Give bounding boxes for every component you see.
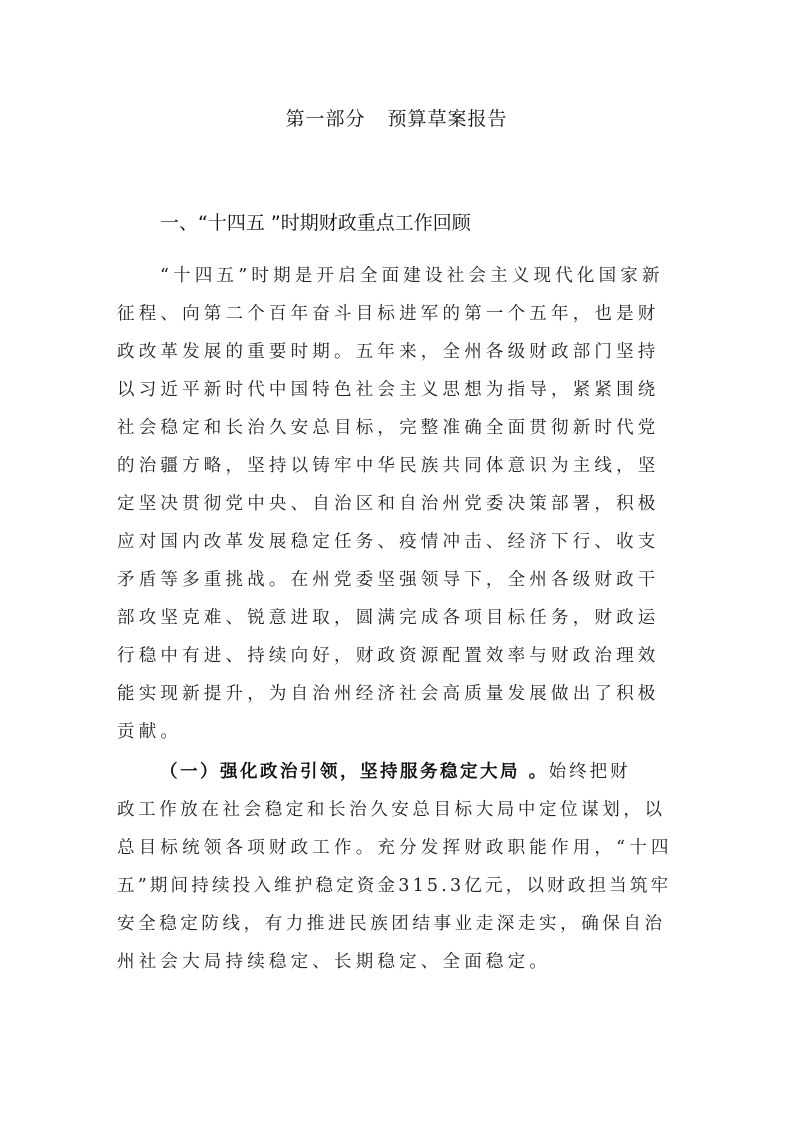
paragraph-line: 能实现新提升，为自治州经济社会高质量发展做出了积极 — [117, 680, 677, 705]
paragraph-line: 部攻坚克难、锐意进取，圆满完成各项目标任务，财政运 — [117, 604, 677, 629]
paragraph-line: 安全稳定防线，有力推进民族团结事业走深走实，确保自治 — [117, 910, 677, 935]
paragraph-line: 贡献。 — [117, 718, 677, 743]
subsection-heading: （一）强化政治引领，坚持服务稳定大局 。 — [160, 762, 549, 782]
paragraph-line: 州社会大局持续稳定、长期稳定、全面稳定。 — [117, 948, 677, 973]
section-heading: 一、“十四五 ”时期财政重点工作回顾 — [160, 208, 471, 235]
paragraph-line: 定坚决贯彻党中央、自治区和自治州党委决策部署，积极 — [117, 490, 677, 515]
part-number: 第一部分 — [285, 108, 365, 130]
paragraph-line: “十四五”时期是开启全面建设社会主义现代化国家新 — [160, 262, 677, 287]
paragraph-line: 社会稳定和长治久安总目标，完整准确全面贯彻新时代党 — [117, 414, 677, 439]
paragraph-line: 五”期间持续投入维护稳定资金315.3亿元，以财政担当筑牢 — [117, 872, 677, 897]
document-page: 第一部分预算草案报告 一、“十四五 ”时期财政重点工作回顾 “十四五”时期是开启… — [0, 0, 793, 1122]
paragraph-line: 行稳中有进、持续向好，财政资源配置效率与财政治理效 — [117, 642, 677, 667]
paragraph-line: 矛盾等多重挑战。在州党委坚强领导下，全州各级财政干 — [117, 566, 677, 591]
paragraph-line: 政工作放在社会稳定和长治久安总目标大局中定位谋划，以 — [117, 796, 677, 821]
subsection-first-line: （一）强化政治引领，坚持服务稳定大局 。始终把财 — [160, 758, 677, 783]
paragraph-line: 应对国内改革发展稳定任务、疫情冲击、经济下行、收支 — [117, 528, 677, 553]
part-title: 第一部分预算草案报告 — [0, 104, 793, 131]
part-name: 预算草案报告 — [388, 108, 508, 130]
paragraph-text: 始终把财 — [549, 762, 631, 782]
paragraph-line: 总目标统领各项财政工作。充分发挥财政职能作用，“十四 — [117, 834, 677, 859]
paragraph-line: 以习近平新时代中国特色社会主义思想为指导，紧紧围绕 — [117, 376, 677, 401]
paragraph-line: 的治疆方略，坚持以铸牢中华民族共同体意识为主线，坚 — [117, 452, 677, 477]
paragraph-line: 政改革发展的重要时期。五年来，全州各级财政部门坚持 — [117, 338, 677, 363]
paragraph-line: 征程、向第二个百年奋斗目标进军的第一个五年，也是财 — [117, 300, 677, 325]
